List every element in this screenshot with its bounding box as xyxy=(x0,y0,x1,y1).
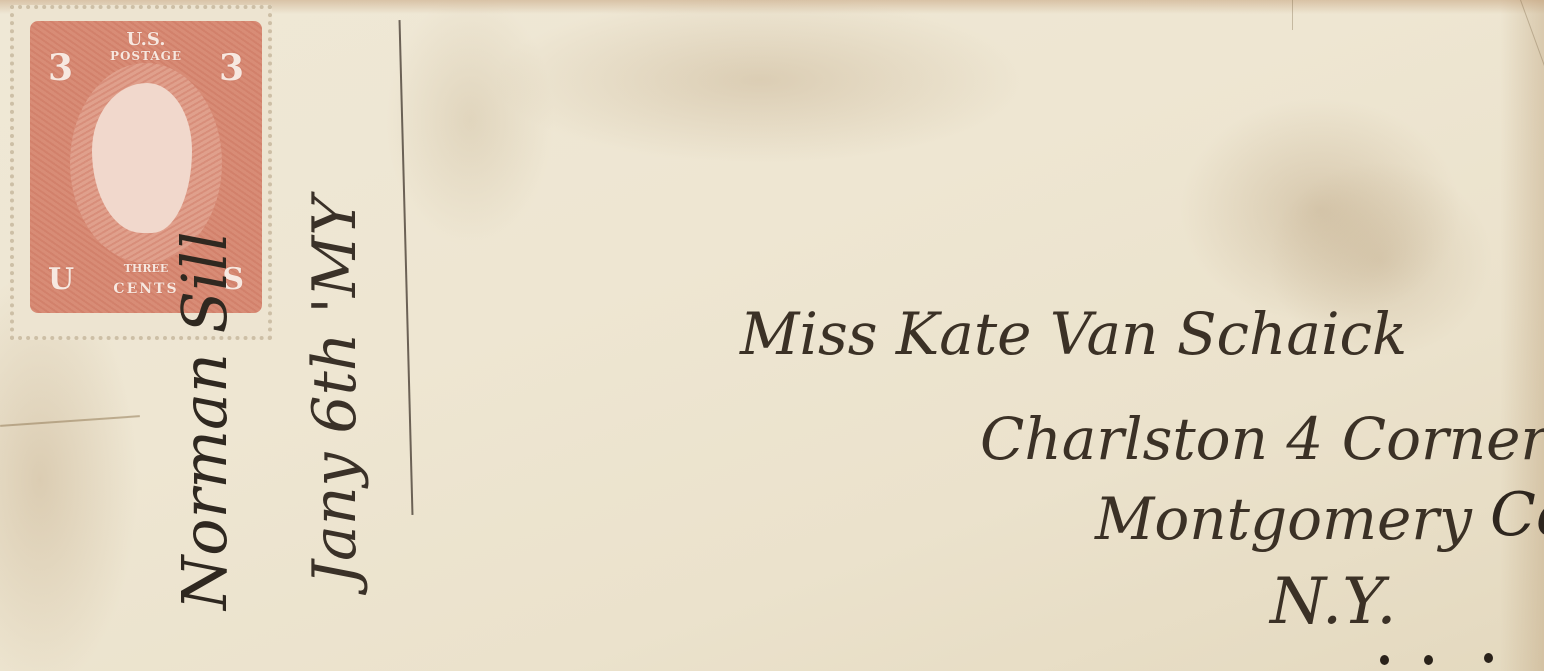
paper-crease xyxy=(1292,0,1293,30)
stamp-denomination-left: 3 xyxy=(48,47,73,89)
postmark-rule-line xyxy=(399,20,414,515)
envelope: U.S. POSTAGE 3 3 U S THREE CENTS Norman … xyxy=(0,0,1544,671)
ink-dot xyxy=(1424,655,1433,665)
ink-dot xyxy=(1380,655,1389,665)
address-town: Charlston 4 Corners xyxy=(980,405,1544,473)
washington-portrait-icon xyxy=(92,83,192,233)
paper-tear xyxy=(0,415,140,427)
stamp-denomination-right: 3 xyxy=(219,47,244,89)
postmark-town: Norman Sill xyxy=(168,231,241,610)
address-recipient: Miss Kate Van Schaick xyxy=(740,300,1407,368)
ink-dot xyxy=(1484,653,1493,663)
paper-crease xyxy=(1520,0,1544,113)
address-county-suffix: Co xyxy=(1490,480,1544,550)
address-state: N.Y. xyxy=(1270,565,1397,639)
address-county: Montgomery xyxy=(1095,485,1472,553)
postmark-date: Jany 6th 'MY xyxy=(300,196,370,585)
